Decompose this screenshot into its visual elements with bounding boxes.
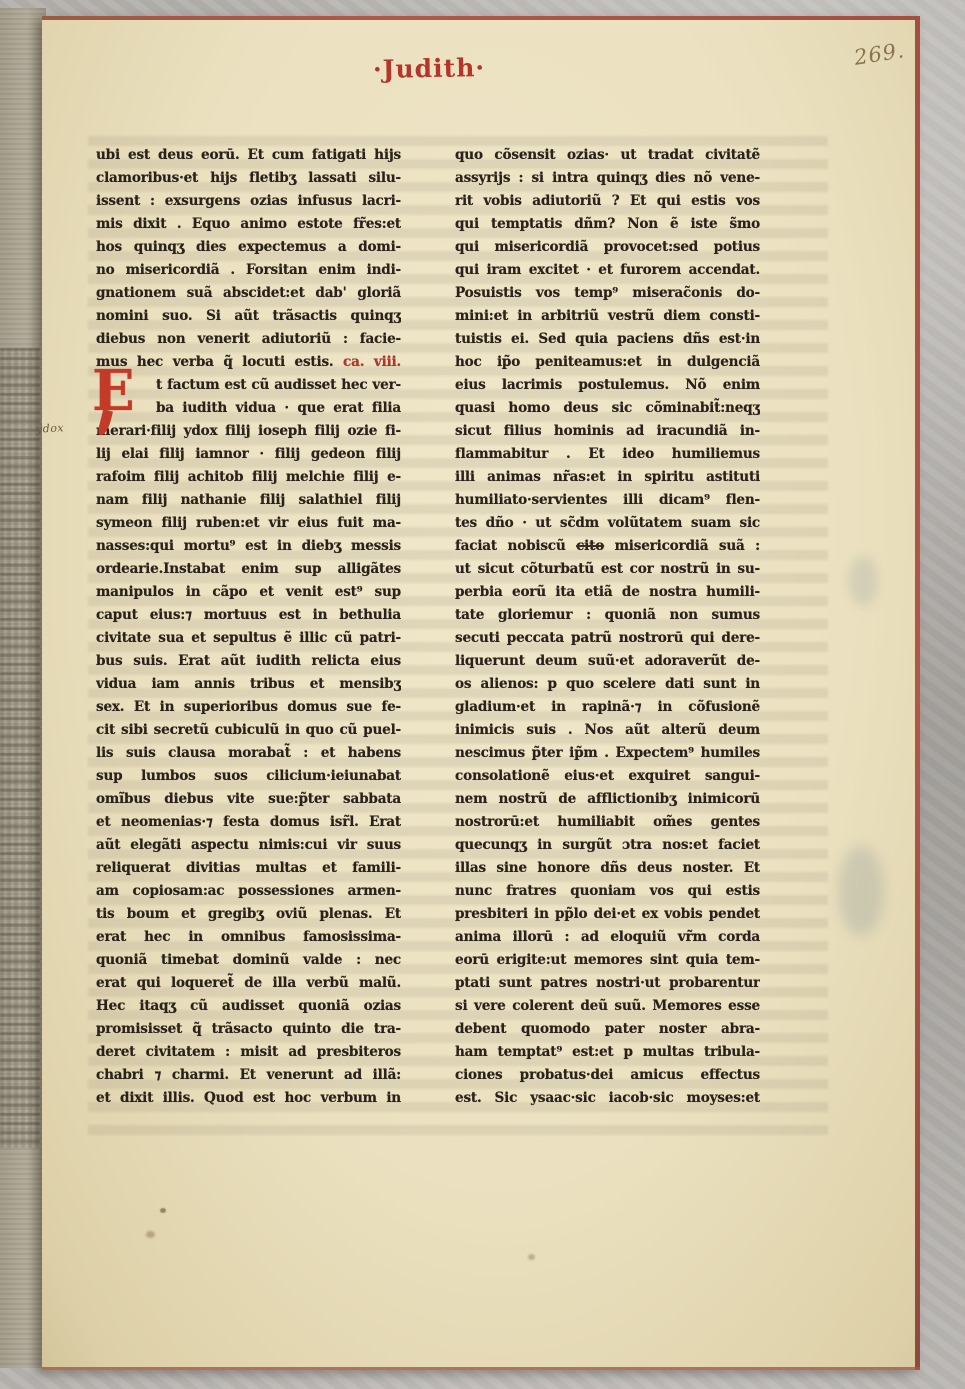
running-title: ·Judith· [354,53,504,85]
text-line: Posuistis vos temp⁹ miserac̃onis do- [455,282,760,305]
text-line: ciones probatus·dei amicus effectus [455,1064,760,1087]
text-line: lij elai filij iamnor · filij gedeon fil… [96,443,401,466]
text-line: faciat nobiscũ cito misericordiã suã : [455,535,760,558]
text-line: vidua iam annis tribus et mensibʒ [96,673,401,696]
text-line: omĩbus diebus vite sue:p̃ter sabbata [96,788,401,811]
text-line: tate gloriemur : quoniã non sumus [455,604,760,627]
text-line: et neomenias·⁊ festa domus isr̃l. Erat [96,811,401,834]
text-line: qui temptatis dñm? Non ẽ iste s̃mo [455,213,760,236]
text-line: secuti peccata patrũ nostrorū qui dere- [455,627,760,650]
text-line: manipulos in cãpo et venit est⁹ sup [96,581,401,604]
text-line: eorū erigite:ut memores sint quia tem- [455,949,760,972]
text-line: est. Sic ysaac·sic iacob·sic moyses:et [455,1087,760,1110]
text-line: mis dixit . Equo animo estote fr̃es:et [96,213,401,236]
parchment-spot [146,1231,155,1238]
chapter-marker: ca. viii. [343,354,401,370]
text-line: nem nostrũ de afflictionibʒ inimicorū [455,788,760,811]
ink-smudge [838,846,884,936]
parchment-spot [160,1208,166,1213]
text-line: gnationem suã abscidet:et dab' gloriã [96,282,401,305]
text-line: reliquerat divitias multas et famili- [96,857,401,880]
struck-word: cito [576,538,604,554]
text-line: tis boum et gregibʒ oviũ plenas. Et [96,903,401,926]
text-line: sex. Et in superioribus domus sue fe- [96,696,401,719]
text-line: nomini suo. Si aũt trãsactis quinqʒ [96,305,401,328]
text-line: qui iram excitet · et furorem accendat. [455,259,760,282]
column-right-lines: quo cõsensit ozias· ut tradat civitatẽas… [455,144,760,1110]
text-line: lis suis clausa morabat̃ : et habens [96,742,401,765]
text-line: os alienos: p quo scelere dati sunt in [455,673,760,696]
text-line: si vere colerent deũ suũ. Memores esse [455,995,760,1018]
text-line: am copiosam:ac possessiones armen- [96,880,401,903]
folio-number: 269. [852,38,906,70]
text-line: rit vobis adiutoriũ ? Et qui estis vos [455,190,760,213]
text-line: hos quinqʒ dies expectemus a domi- [96,236,401,259]
text-line: no misericordiã . Forsitan enim indi- [96,259,401,282]
text-line: ordearie.Instabat enim sup alligãtes [96,558,401,581]
text-line: clamoribus·et hijs fletibʒ lassati silu- [96,167,401,190]
text-line: ubi est deus eorū. Et cum fatigati hijs [96,144,401,167]
text-segment: faciat nobiscũ [455,538,576,554]
text-segment: t factum est cũ audisset hec ver- [156,377,401,393]
text-column-right: quo cõsensit ozias· ut tradat civitatẽas… [455,144,760,1110]
text-line: Hec itaqʒ cũ audisset quoniã ozias [96,995,401,1018]
text-line: chabri ⁊ charmi. Et venerunt ad illã: [96,1064,401,1087]
text-line: consolationẽ eius·et exquiret sangui- [455,765,760,788]
text-line: humiliato·servientes illi dicam⁹ flen- [455,489,760,512]
text-line: cit sibi secretũ cubiculũ in quo cũ puel… [96,719,401,742]
text-line: quasi homo deus sic cõminabit̃:neqʒ [455,397,760,420]
parchment-spot [528,1254,535,1260]
text-line: sup lumbos suos cilicium·ieiunabat [96,765,401,788]
text-line: quoniã timebat dominũ valde : nec [96,949,401,972]
text-line: nostrorū:et humiliabit om̃es gentes [455,811,760,834]
text-line: nam filij nathanie filij salathiel filij [96,489,401,512]
text-line: hoc ip̃o peniteamus:et in dulgenciã [455,351,760,374]
text-line: debent quomodo pater noster abra- [455,1018,760,1041]
text-line: anima illorū : ad eloquiũ vr̃m corda [455,926,760,949]
text-line: flammabitur . Et ideo humiliemus [455,443,760,466]
text-line: tuistis ei. Sed quia paciens dñs est·in [455,328,760,351]
text-line: erat qui loqueret̃ de illa verbũ malũ. [96,972,401,995]
text-line: assyrijs : si intra quinqʒ dies nõ vene- [455,167,760,190]
text-line: mini:et in arbitriũ vestrũ diem consti- [455,305,760,328]
text-line: sicut filius hominis ad iracundiã in- [455,420,760,443]
text-line: inimicis suis . Nos aũt alterũ deum [455,719,760,742]
text-line: eius lacrimis postulemus. Nõ enim [455,374,760,397]
text-line: ut sicut cõturbatũ est cor nostrũ in su- [455,558,760,581]
text-segment: misericordiã suã : [604,538,760,554]
page-edge-stain-bottom [42,1367,920,1370]
text-line: ham temptat⁹ est:et p multas tribula- [455,1041,760,1064]
text-line: ptati sunt patres nostri·ut probarentur [455,972,760,995]
text-line: deret civitatem : misit ad presbiteros [96,1041,401,1064]
text-line: issent : exsurgens ozias infusus lacri- [96,190,401,213]
text-line: presbiteri in pp̃lo dei·et ex vobis pend… [455,903,760,926]
column-left-lines: ubi est deus eorū. Et cum fatigati hijsc… [96,144,401,1110]
text-line: aũt elegãti aspectu nimis:cui vir suus [96,834,401,857]
page-edge-stain-top [42,16,920,20]
text-column-left: E ubi est deus eorū. Et cum fatigati hij… [96,144,401,1110]
text-line: diebus non venerit adiutoriũ : facie- [96,328,401,351]
page-edge-stain-right [915,16,920,1370]
text-line: et dixit illis. Quod est hoc verbum in [96,1087,401,1110]
text-line: bus suis. Erat aũt iudith relicta eius [96,650,401,673]
text-line: caput eius:⁊ mortuus est in bethulia [96,604,401,627]
text-line: nunc fratres quoniam vos qui estis [455,880,760,903]
text-line: rafoim filij achitob filij melchie filij… [96,466,401,489]
text-line: gladium·et in rapinã·⁊ in cõfusionẽ [455,696,760,719]
text-line: civitate sua et sepultus ẽ illic cũ patr… [96,627,401,650]
manuscript-page: ·Judith· 269. ydox E ubi est deus eorū. … [42,16,920,1370]
text-line: quecunqʒ in surgũt ɔtra nos:et faciet [455,834,760,857]
text-line: qui misericordiã provocet:sed potius [455,236,760,259]
text-line: perbia eorũ ita etiã de nostra humili- [455,581,760,604]
text-line: nasses:qui mortu⁹ est in diebʒ messis [96,535,401,558]
text-line: illi animas nr̃as:et in spiritu astituti [455,466,760,489]
text-line: erat hec in omnibus famosissima- [96,926,401,949]
text-line: quo cõsensit ozias· ut tradat civitatẽ [455,144,760,167]
text-line: symeon filij ruben:et vir eius fuit ma- [96,512,401,535]
margin-note: ydox [36,421,65,435]
ink-smudge [848,556,878,606]
text-line: liquerunt deum suũ·et adoraverũt de- [455,650,760,673]
text-line: promisisset q̃ trãsacto quinto die tra- [96,1018,401,1041]
text-segment: ba iudith vidua · que erat filia [156,400,401,416]
underlying-leaves-texture [0,348,40,1148]
text-line: nescimus p̃ter ip̃m . Expectem⁹ humiles [455,742,760,765]
text-line: tes dño · ut sc̃dm volũtatem suam sic [455,512,760,535]
text-line: illas sine honore dñs deus noster. Et [455,857,760,880]
drop-cap-initial: E [92,366,150,424]
book-fore-edge [0,8,46,1368]
